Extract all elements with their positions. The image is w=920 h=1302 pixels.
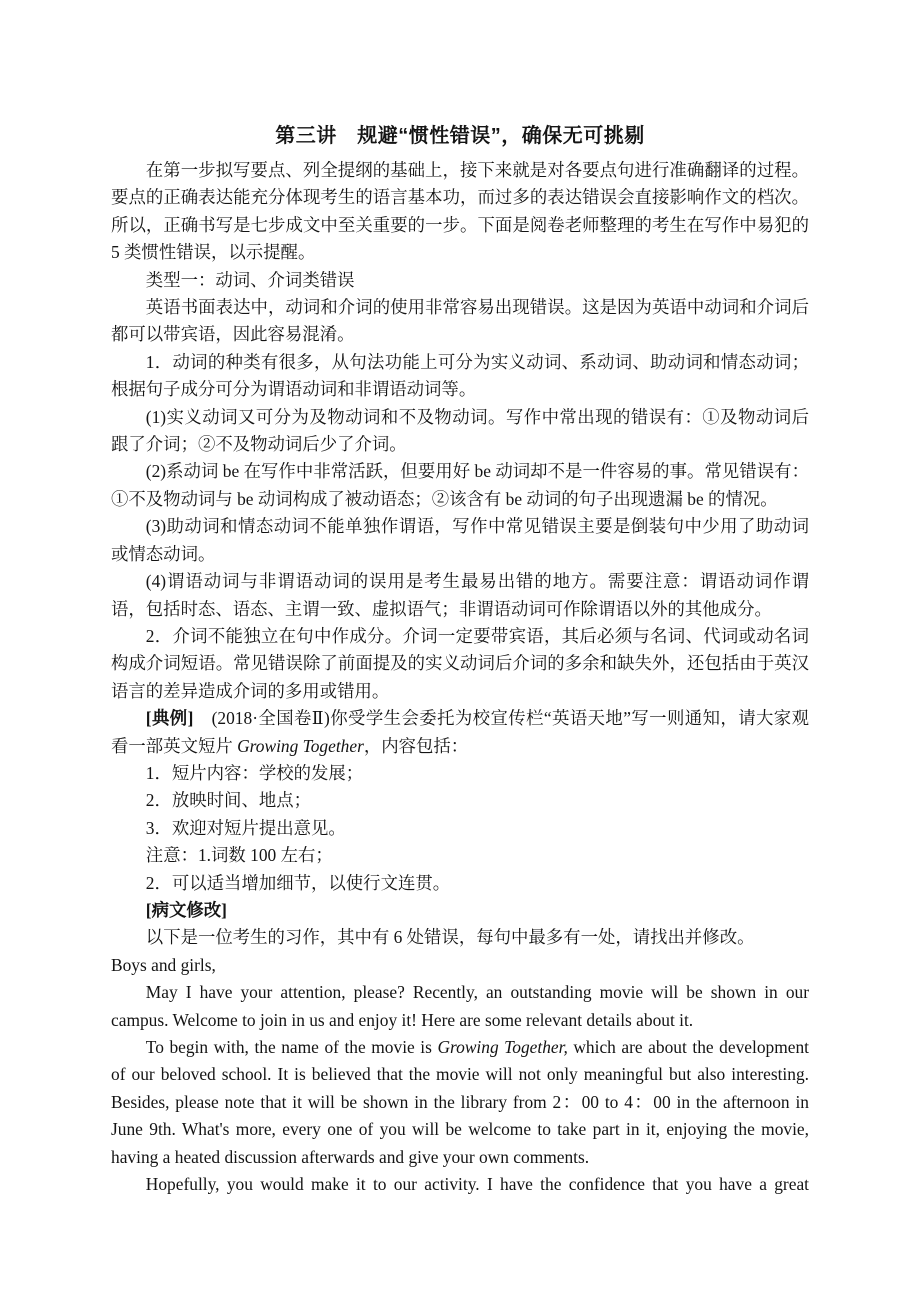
essay-salutation: Boys and girls,	[111, 952, 809, 979]
intro-paragraph: 在第一步拟写要点、列全提纲的基础上，接下来就是对各要点句进行准确翻译的过程。要点…	[111, 157, 809, 267]
prompt-note-2: 2．可以适当增加细节，以使行文连贯。	[111, 870, 809, 897]
text-run: (2)系动词 be 在写作中非常活跃，但要用好 be 动词却不是一件容易的事。常…	[111, 461, 809, 508]
essay-paragraph-2: To begin with, the name of the movie is …	[111, 1034, 809, 1171]
italic-text-run: Growing Together,	[437, 1037, 567, 1057]
document-body: 在第一步拟写要点、列全提纲的基础上，接下来就是对各要点句进行准确翻译的过程。要点…	[111, 157, 809, 1198]
error-predicate-verbs: (4)谓语动词与非谓语动词的误用是考生最易出错的地方。需要注意：谓语动词作谓语，…	[111, 568, 809, 623]
text-run: 在第一步拟写要点、列全提纲的基础上，接下来就是对各要点句进行准确翻译的过程。要点…	[111, 160, 809, 262]
text-run: 2．可以适当增加细节，以使行文连贯。	[146, 873, 450, 893]
text-run: ，内容包括：	[364, 736, 468, 756]
text-run: May I have your attention, please? Recen…	[111, 982, 809, 1029]
text-run: Hopefully, you would make it to our acti…	[146, 1174, 809, 1194]
bold-text-run: [典例]	[146, 708, 194, 728]
correction-intro: 以下是一位考生的习作，其中有 6 处错误，每句中最多有一处，请找出并修改。	[111, 924, 809, 951]
italic-text-run: Growing Together	[237, 736, 364, 756]
example-prompt: [典例] (2018·全国卷Ⅱ)你受学生会委托为校宣传栏“英语天地”写一则通知，…	[111, 705, 809, 760]
text-run: 2．介词不能独立在句中作成分。介词一定要带宾语，其后必须与名词、代词或动名词构成…	[111, 626, 809, 701]
prompt-note-1: 注意：1.词数 100 左右；	[111, 842, 809, 869]
text-run: 以下是一位考生的习作，其中有 6 处错误，每句中最多有一处，请找出并修改。	[146, 927, 755, 947]
prompt-point-3: 3．欢迎对短片提出意见。	[111, 815, 809, 842]
text-run: Boys and girls,	[111, 955, 216, 975]
prompt-point-1: 1．短片内容：学校的发展；	[111, 760, 809, 787]
text-run: (3)助动词和情态动词不能单独作谓语，写作中常见错误主要是倒装句中少用了助动词或…	[111, 516, 809, 563]
document-page: 第三讲 规避“惯性错误”，确保无可挑剔 在第一步拟写要点、列全提纲的基础上，接下…	[0, 0, 920, 1302]
text-run: 1．短片内容：学校的发展；	[146, 763, 363, 783]
type1-intro: 英语书面表达中，动词和介词的使用非常容易出现错误。这是因为英语中动词和介词后都可…	[111, 294, 809, 349]
text-run: (1)实义动词又可分为及物动词和不及物动词。写作中常出现的错误有：①及物动词后跟…	[111, 407, 809, 454]
text-run: 1．动词的种类有很多，从句法功能上可分为实义动词、系动词、助动词和情态动词；根据…	[111, 352, 809, 399]
bold-text-run: [病文修改]	[146, 900, 227, 920]
text-run: (4)谓语动词与非谓语动词的误用是考生最易出错的地方。需要注意：谓语动词作谓语，…	[111, 571, 809, 618]
text-run: 英语书面表达中，动词和介词的使用非常容易出现错误。这是因为英语中动词和介词后都可…	[111, 297, 809, 344]
page-title: 第三讲 规避“惯性错误”，确保无可挑剔	[111, 122, 809, 150]
verbs-overview: 1．动词的种类有很多，从句法功能上可分为实义动词、系动词、助动词和情态动词；根据…	[111, 349, 809, 404]
error-be-verbs: (2)系动词 be 在写作中非常活跃，但要用好 be 动词却不是一件容易的事。常…	[111, 458, 809, 513]
type1-heading: 类型一：动词、介词类错误	[111, 267, 809, 294]
text-run: To begin with, the name of the movie is	[146, 1037, 438, 1057]
text-run: 类型一：动词、介词类错误	[146, 270, 355, 290]
error-notional-verbs: (1)实义动词又可分为及物动词和不及物动词。写作中常出现的错误有：①及物动词后跟…	[111, 404, 809, 459]
essay-paragraph-3: Hopefully, you would make it to our acti…	[111, 1171, 809, 1198]
text-run: 注意：1.词数 100 左右；	[146, 845, 333, 865]
essay-paragraph-1: May I have your attention, please? Recen…	[111, 979, 809, 1034]
error-auxiliary-verbs: (3)助动词和情态动词不能单独作谓语，写作中常见错误主要是倒装句中少用了助动词或…	[111, 513, 809, 568]
correction-heading: [病文修改]	[111, 897, 809, 924]
text-run: 3．欢迎对短片提出意见。	[146, 818, 346, 838]
prepositions-paragraph: 2．介词不能独立在句中作成分。介词一定要带宾语，其后必须与名词、代词或动名词构成…	[111, 623, 809, 705]
text-run: 2．放映时间、地点；	[146, 790, 311, 810]
prompt-point-2: 2．放映时间、地点；	[111, 787, 809, 814]
